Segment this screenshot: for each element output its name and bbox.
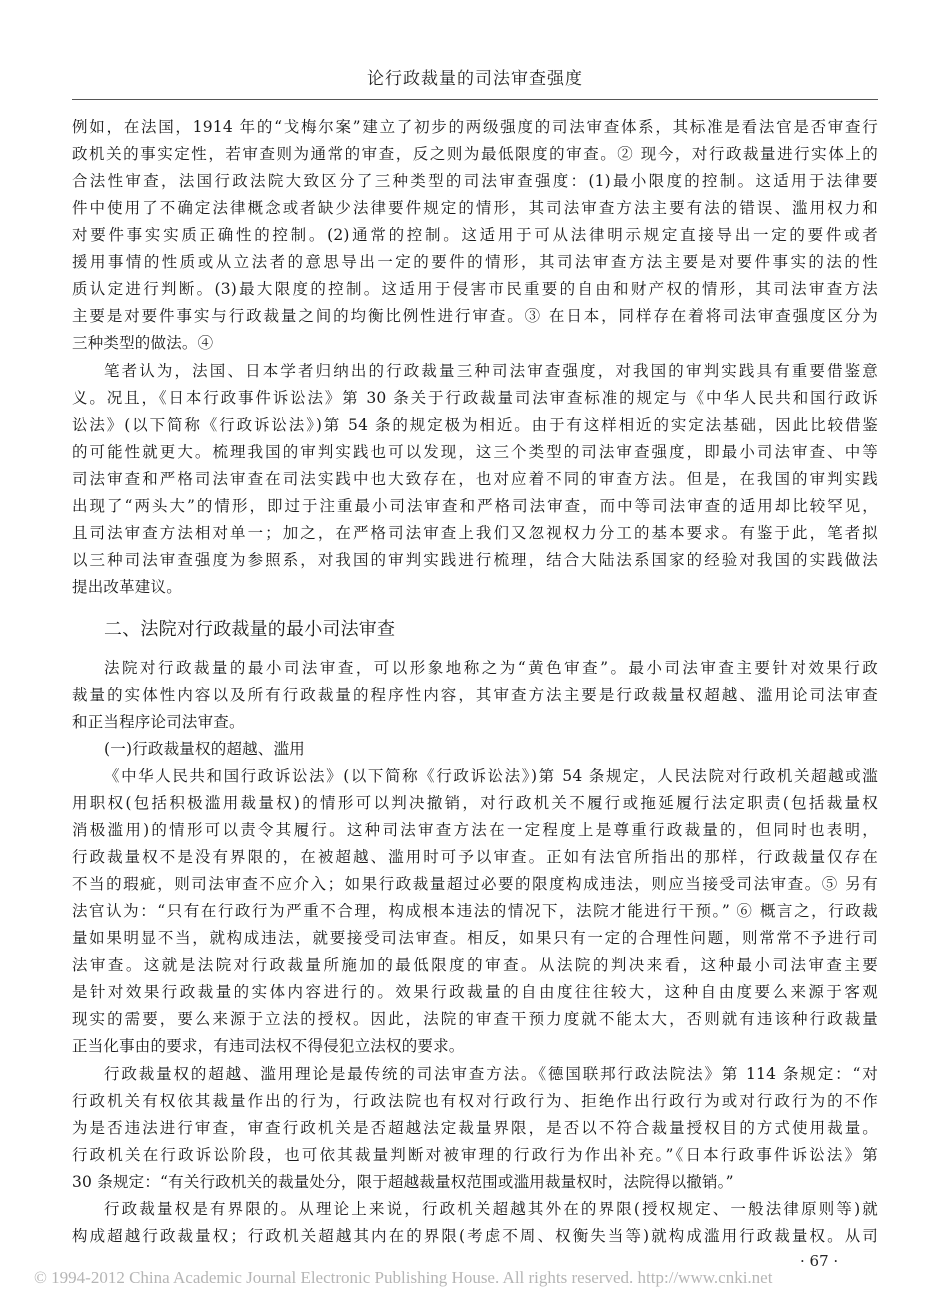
text-line: 出现了“两头大”的情形，即过于注重最小司法审查和严格司法审查，而中等司法审查的适… [72,496,878,516]
text-line: 行政机关有权依其裁量作出的行为，行政法院也有权对行政行为、拒绝作出行政行为或对行… [72,1091,878,1111]
text-line: 用职权(包括积极滥用裁量权)的情形可以判决撤销，对行政机关不履行或拖延履行法定职… [72,793,878,813]
text-line: 行政裁量权的超越、滥用理论是最传统的司法审查方法。《德国联邦行政法院法》第 11… [104,1064,878,1084]
text-line: 法院对行政裁量的最小司法审查，可以形象地称之为“黄色审查”。最小司法审查主要针对… [104,658,878,678]
text-line: 法官认为：“只有在行政行为严重不合理，构成根本违法的情况下，法院才能进行干预。”… [72,901,878,921]
text-line: 件中使用了不确定法律概念或者缺少法律要件规定的情形，其司法审查方法主要有法的错误… [72,198,878,218]
text-line: 是针对效果行政裁量的实体内容进行的。效果行政裁量的自由度往往较大，这种自由度要么… [72,982,878,1002]
text-line: 质认定进行判断。(3)最大限度的控制。这适用于侵害市民重要的自由和财产权的情形，… [72,279,878,299]
text-line: 为是否违法进行审查，审查行政机关是否超越法定裁量界限，是否以不符合裁量授权目的方… [72,1118,878,1138]
text-line: 正当化事由的要求，有违司法权不得侵犯立法权的要求。 [72,1036,878,1056]
text-line: 行政裁量权不是没有界限的，在被超越、滥用时可予以审查。正如有法官所指出的那样，行… [72,847,878,867]
text-line: 《中华人民共和国行政诉讼法》(以下简称《行政诉讼法》)第 54 条规定，人民法院… [104,766,878,786]
header-rule [72,99,878,100]
text-line: 且司法审查方法相对单一；加之，在严格司法审查上我们又忽视权力分工的基本要求。有鉴… [72,523,878,543]
text-line: 以三种司法审查强度为参照系，对我国的审判实践进行梳理，结合大陆法系国家的经验对我… [72,550,878,570]
text-line: 政机关的事实定性，若审查则为通常的审查，反之则为最低限度的审查。② 现今，对行政… [72,144,878,164]
subsection-heading: (一)行政裁量权的超越、滥用 [104,739,910,759]
text-line: 的可能性就更大。梳理我国的审判实践也可以发现，这三个类型的司法审查强度，即最小司… [72,442,878,462]
text-line: 不当的瑕疵，则司法审查不应介入；如果行政裁量超过必要的限度构成违法，则应当接受司… [72,874,878,894]
text-line: 和正当程序论司法审查。 [72,712,878,732]
section-heading: 二、法院对行政裁量的最小司法审查 [104,620,910,640]
text-line: 三种类型的做法。④ [72,333,878,353]
copyright-notice: © 1994-2012 China Academic Journal Elect… [34,1268,772,1288]
running-head: 论行政裁量的司法审查强度 [0,64,950,89]
text-line: 主要是对要件事实与行政裁量之间的均衡比例性进行审查。③ 在日本，同样存在着将司法… [72,306,878,326]
text-line: 法审查。这就是法院对行政裁量所施加的最低限度的审查。从法院的判决来看，这种最小司… [72,955,878,975]
text-line: 讼法》(以下简称《行政诉讼法》)第 54 条的规定极为相近。由于有这样相近的实定… [72,415,878,435]
text-line: 司法审查和严格司法审查在司法实践中也大致存在，也对应着不同的审查方法。但是，在我… [72,469,878,489]
text-line: 对要件事实实质正确性的控制。(2)通常的控制。这适用于可从法律明示规定直接导出一… [72,225,878,245]
text-line: 行政机关在行政诉讼阶段，也可依其裁量判断对被审理的行政行为作出补充。”《日本行政… [72,1145,878,1165]
text-line: 消极滥用)的情形可以责令其履行。这种司法审查方法在一定程度上是尊重行政裁量的，但… [72,820,878,840]
text-line: 义。况且，《日本行政事件诉讼法》第 30 条关于行政裁量司法审查标准的规定与《中… [72,388,878,408]
text-line: 提出改革建议。 [72,577,878,597]
text-line: 笔者认为，法国、日本学者归纳出的行政裁量三种司法审查强度，对我国的审判实践具有重… [104,361,878,381]
text-line: 合法性审查，法国行政法院大致区分了三种类型的司法审查强度：(1)最小限度的控制。… [72,171,878,191]
text-line: 援用事情的性质或从立法者的意思导出一定的要件的情形，其司法审查方法主要是对要件事… [72,252,878,272]
text-line: 行政裁量权是有界限的。从理论上来说，行政机关超越其外在的界限(授权规定、一般法律… [104,1199,878,1219]
text-line: 量如果明显不当，就构成违法，就要接受司法审查。相反，如果只有一定的合理性问题，则… [72,928,878,948]
page-number: · 67 · [800,1252,838,1270]
text-line: 构成超越行政裁量权；行政机关超越其内在的界限(考虑不周、权衡失当等)就构成滥用行… [72,1226,878,1246]
text-line: 30 条规定：“有关行政机关的裁量处分，限于超越裁量权范围或滥用裁量权时，法院得… [72,1172,878,1192]
text-line: 现实的需要，要么来源于立法的授权。因此，法院的审查干预力度就不能太大，否则就有违… [72,1009,878,1029]
text-line: 裁量的实体性内容以及所有行政裁量的程序性内容，其审查方法主要是行政裁量权超越、滥… [72,685,878,705]
text-line: 例如，在法国，1914 年的“戈梅尔案”建立了初步的两级强度的司法审查体系，其标… [72,117,878,137]
